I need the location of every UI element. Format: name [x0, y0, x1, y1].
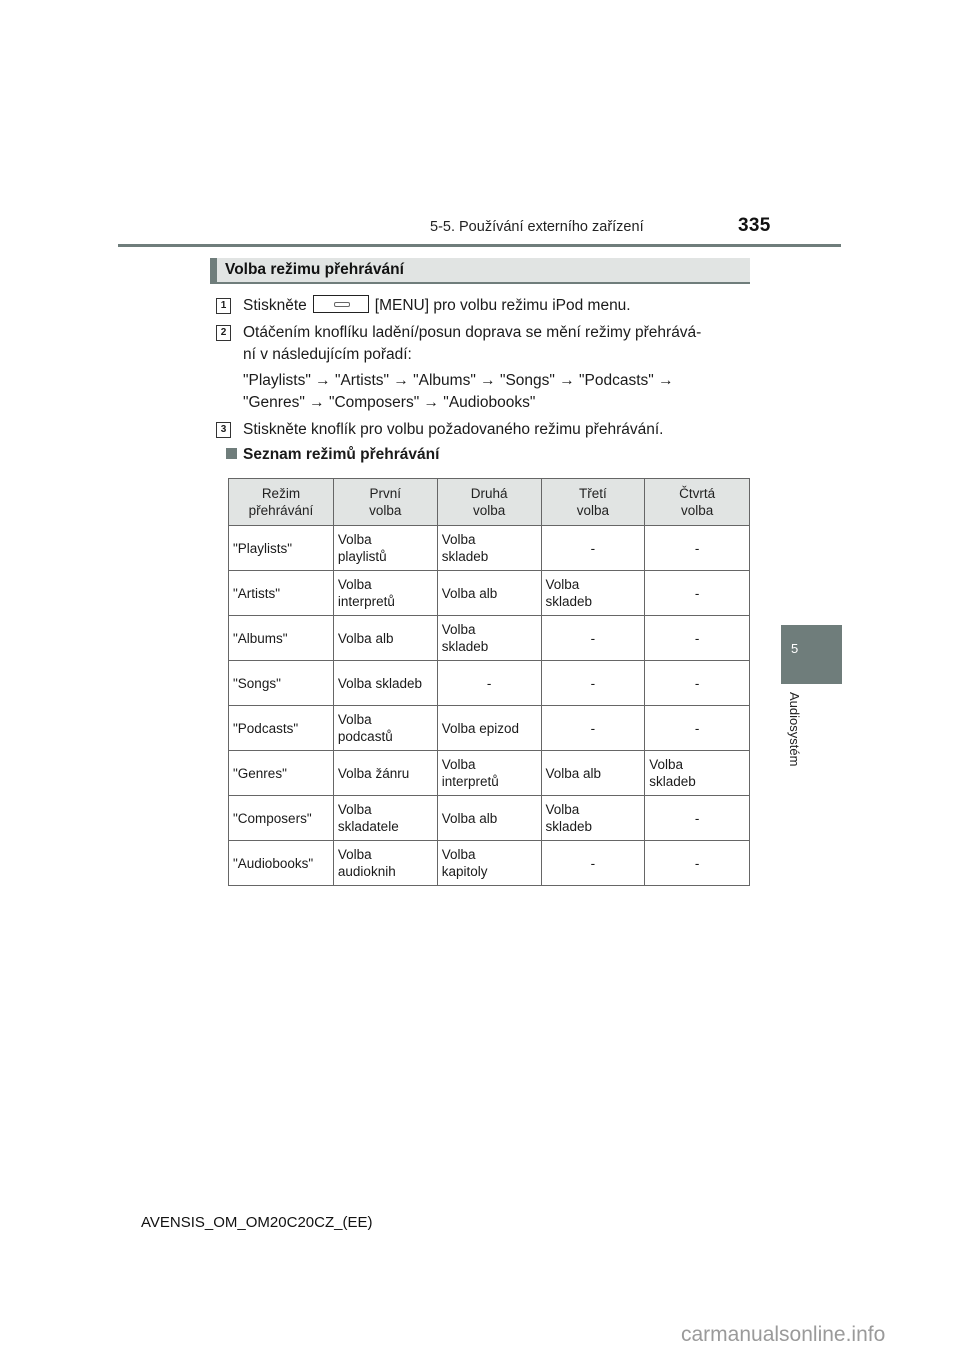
mode-name-cell: "Songs" [229, 661, 334, 706]
menu-dash-icon [334, 302, 350, 307]
selection-cell: - [541, 616, 645, 661]
selection-cell: Volbaskladatele [333, 796, 437, 841]
table-header-row: RežimpřehráváníPrvnívolbaDruhávolbaTřetí… [229, 479, 750, 526]
selection-cell: Volbaskladeb [645, 751, 750, 796]
header-divider [118, 244, 841, 247]
column-header: Čtvrtávolba [645, 479, 750, 526]
selection-cell: - [645, 616, 750, 661]
subsection-heading: Seznam režimů přehrávání [226, 446, 439, 464]
selection-cell: - [645, 841, 750, 886]
mode-sequence-line-2: "Genres" → "Composers" → "Audiobooks" [243, 392, 535, 414]
selection-cell: Volba alb [333, 616, 437, 661]
selection-cell: - [645, 796, 750, 841]
table-row: "Playlists"VolbaplaylistůVolbaskladeb-- [229, 526, 750, 571]
square-bullet-icon [226, 448, 237, 459]
step-number-badge: 2 [216, 325, 231, 341]
selection-cell: Volba epizod [437, 706, 541, 751]
playback-modes-table: RežimpřehráváníPrvnívolbaDruhávolbaTřetí… [228, 478, 750, 886]
selection-cell: Volbaskladeb [437, 526, 541, 571]
chapter-number: 5 [791, 641, 798, 656]
selection-cell: Volbaskladeb [541, 571, 645, 616]
column-header: Druhávolba [437, 479, 541, 526]
selection-cell: Volbainterpretů [333, 571, 437, 616]
selection-cell: Volba alb [437, 571, 541, 616]
step-number-badge: 3 [216, 422, 231, 438]
table-row: "Genres"Volba žánruVolbainterpretůVolba … [229, 751, 750, 796]
selection-cell: Volbakapitoly [437, 841, 541, 886]
selection-cell: Volbapodcastů [333, 706, 437, 751]
step-text-after: [MENU] pro volbu režimu iPod menu. [375, 297, 631, 314]
menu-button-icon [313, 295, 369, 313]
selection-cell: - [541, 661, 645, 706]
table-row: "Audiobooks"VolbaaudioknihVolbakapitoly-… [229, 841, 750, 886]
mode-name-cell: "Artists" [229, 571, 334, 616]
selection-cell: Volba skladeb [333, 661, 437, 706]
chapter-tab: 5 [781, 625, 842, 684]
table-body: "Playlists"VolbaplaylistůVolbaskladeb--"… [229, 526, 750, 886]
selection-cell: Volbaskladeb [541, 796, 645, 841]
step-2-line-2: ní v následujícím pořadí: [243, 344, 412, 366]
selection-cell: Volba žánru [333, 751, 437, 796]
selection-cell: - [541, 526, 645, 571]
selection-cell: - [645, 706, 750, 751]
heading-accent-bar [210, 258, 217, 282]
selection-cell: Volba alb [437, 796, 541, 841]
table-row: "Artists"VolbainterpretůVolba albVolbask… [229, 571, 750, 616]
selection-cell: - [437, 661, 541, 706]
step-text: Stiskněte knoflík pro volbu požadovaného… [243, 419, 663, 441]
mode-name-cell: "Genres" [229, 751, 334, 796]
selection-cell: - [541, 706, 645, 751]
selection-cell: Volbaplaylistů [333, 526, 437, 571]
selection-cell: Volbainterpretů [437, 751, 541, 796]
column-header: Prvnívolba [333, 479, 437, 526]
chapter-label: Audiosystém [787, 692, 802, 766]
subsection-title: Seznam režimů přehrávání [243, 446, 439, 463]
selection-cell: Volbaaudioknih [333, 841, 437, 886]
table-row: "Composers"VolbaskladateleVolba albVolba… [229, 796, 750, 841]
step-text-before: Stiskněte [243, 297, 307, 314]
selection-cell: Volbaskladeb [437, 616, 541, 661]
mode-name-cell: "Audiobooks" [229, 841, 334, 886]
table-row: "Albums"Volba albVolbaskladeb-- [229, 616, 750, 661]
table-row: "Songs"Volba skladeb--- [229, 661, 750, 706]
mode-name-cell: "Composers" [229, 796, 334, 841]
section-title: Volba režimu přehrávání [225, 261, 404, 279]
mode-name-cell: "Albums" [229, 616, 334, 661]
column-header: Třetívolba [541, 479, 645, 526]
selection-cell: - [541, 841, 645, 886]
section-heading: Volba režimu přehrávání [210, 258, 750, 284]
mode-sequence-line-1: "Playlists" → "Artists" → "Albums" → "So… [243, 370, 674, 392]
table-row: "Podcasts"VolbapodcastůVolba epizod-- [229, 706, 750, 751]
mode-name-cell: "Podcasts" [229, 706, 334, 751]
section-breadcrumb: 5-5. Používání externího zařízení [430, 219, 644, 235]
selection-cell: - [645, 571, 750, 616]
step-text: Stiskněte[MENU] pro volbu režimu iPod me… [243, 295, 631, 317]
selection-cell: - [645, 661, 750, 706]
watermark: carmanualsonline.info [681, 1323, 885, 1347]
step-number-badge: 1 [216, 298, 231, 314]
selection-cell: - [645, 526, 750, 571]
column-header: Režimpřehrávání [229, 479, 334, 526]
mode-name-cell: "Playlists" [229, 526, 334, 571]
document-code: AVENSIS_OM_OM20C20CZ_(EE) [141, 1214, 372, 1231]
page-number: 335 [738, 215, 771, 237]
selection-cell: Volba alb [541, 751, 645, 796]
step-text-line-1: Otáčením knoflíku ladění/posun doprava s… [243, 322, 701, 344]
